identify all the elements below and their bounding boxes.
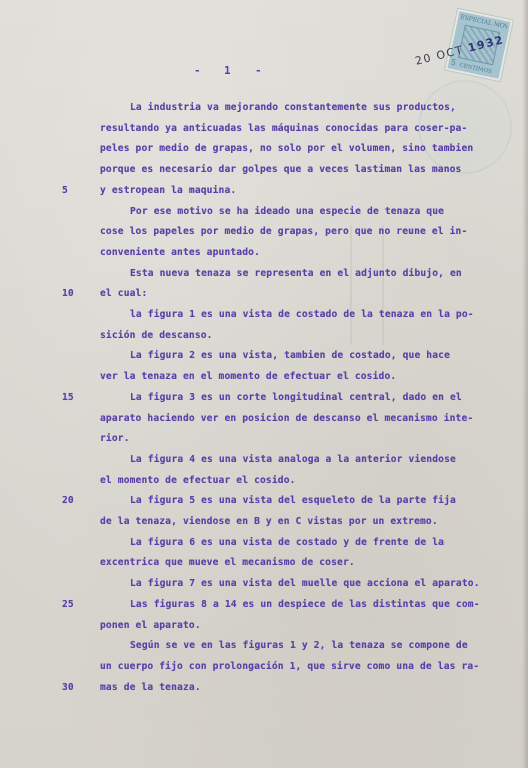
line-number: 10	[62, 288, 74, 299]
line-text: La figura 7 es una vista del muelle que …	[130, 578, 480, 589]
line-text: La figura 2 es una vista, tambien de cos…	[130, 350, 450, 361]
line-text: La figura 4 es una vista analoga a la an…	[130, 454, 456, 465]
line-text: La figura 3 es un corte longitudinal cen…	[130, 392, 462, 403]
line-text: un cuerpo fijo con prolongación 1, que s…	[100, 661, 479, 672]
line-text: peles por medio de grapas, no solo por e…	[100, 143, 473, 154]
line-text: ponen el aparato.	[100, 620, 201, 631]
line-text: y estropean la maquina.	[100, 185, 236, 196]
line-text: aparato haciendo ver en posicion de desc…	[100, 413, 473, 424]
tax-stamp-value-text: CENTIMOS	[459, 62, 492, 75]
document-page: ESPECIAL MOVIL 5CENTIMOS 20 OCT 1932 - 1…	[0, 0, 528, 768]
line-text: ver la tenaza en el momento de efectuar …	[100, 371, 396, 382]
page-number-dash-right: -	[255, 64, 263, 77]
line-text: cose los papeles por medio de grapas, pe…	[100, 226, 467, 237]
line-number: 15	[62, 392, 74, 403]
line-text: conveniente antes apuntado.	[100, 247, 260, 258]
page-number-dash-left: -	[194, 64, 202, 77]
line-text: de la tenaza, viendose en B y en C vista…	[100, 516, 438, 527]
line-number: 20	[62, 495, 74, 506]
line-number: 25	[62, 599, 74, 610]
line-text: Por ese motivo se ha ideado una especie …	[130, 206, 444, 217]
line-text: La industria va mejorando constantemente…	[130, 102, 456, 113]
line-text: Las figuras 8 a 14 es un despiece de las…	[130, 599, 480, 610]
page-number-value: 1	[224, 64, 232, 77]
line-text: Según se ve en las figuras 1 y 2, la ten…	[130, 640, 468, 651]
line-text: mas de la tenaza.	[100, 682, 201, 693]
line-text: rior.	[100, 433, 130, 444]
line-text: el cual:	[100, 288, 147, 299]
line-text: porque es necesario dar golpes que a vec…	[100, 164, 461, 175]
line-text: Esta nueva tenaza se representa en el ad…	[130, 268, 462, 279]
line-number: 5	[62, 185, 68, 196]
line-text: excentrica que mueve el mecanismo de cos…	[100, 557, 355, 568]
line-text: sición de descanso.	[100, 330, 213, 341]
line-text: resultando ya anticuadas las máquinas co…	[100, 123, 467, 134]
line-text: el momento de efectuar el cosido.	[100, 475, 296, 486]
line-text: La figura 5 es una vista del esqueleto d…	[130, 495, 456, 506]
watermark	[350, 225, 384, 345]
line-text: la figura 1 es una vista de costado de l…	[130, 309, 474, 320]
line-number: 30	[62, 682, 74, 693]
line-text: La figura 6 es una vista de costado y de…	[130, 537, 444, 548]
